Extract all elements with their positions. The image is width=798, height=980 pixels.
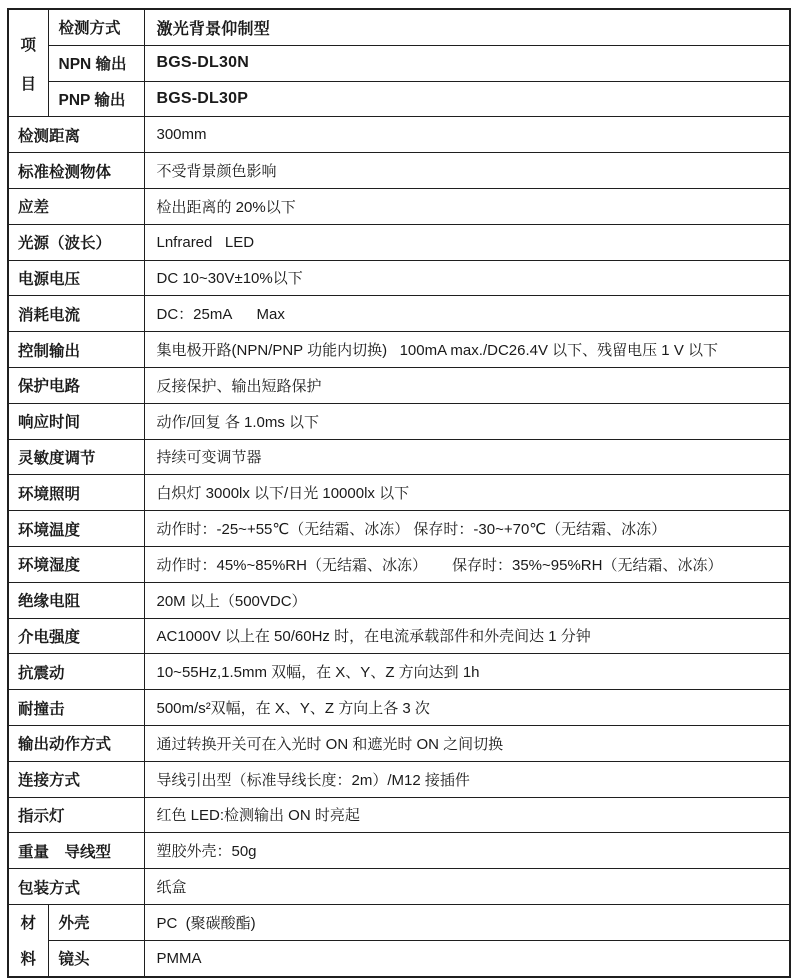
table-row: 消耗电流 DC：25mA Max <box>8 296 790 332</box>
spec-value: 10~55Hz,1.5mm 双幅，在 X、Y、Z 方向达到 1h <box>144 654 790 690</box>
spec-label: 重量 导线型 <box>8 833 144 869</box>
spec-label: 环境湿度 <box>8 546 144 582</box>
spec-value: PC (聚碳酸酯) <box>144 904 790 940</box>
table-row: 保护电路 反接保护、输出短路保护 <box>8 367 790 403</box>
spec-sheet: 项 目 检测方式 激光背景仰制型 NPN 输出 BGS-DL30N PNP 输出… <box>0 0 798 980</box>
spec-value: Lnfrared LED <box>144 224 790 260</box>
table-row: 环境照明 白炽灯 3000lx 以下/日光 10000lx 以下 <box>8 475 790 511</box>
table-row: 环境温度 动作时：-25~+55℃（无结霜、冰冻） 保存时：-30~+70℃（无… <box>8 511 790 547</box>
table-row: 材 料 外壳 PC (聚碳酸酯) <box>8 904 790 940</box>
table-row: 控制输出 集电极开路(NPN/PNP 功能内切换) 100mA max./DC2… <box>8 332 790 368</box>
spec-label: 包装方式 <box>8 869 144 905</box>
spec-value: BGS-DL30N <box>144 45 790 81</box>
spec-value: 纸盒 <box>144 869 790 905</box>
material-group-header-cell: 材 料 <box>8 904 48 976</box>
spec-label: PNP 输出 <box>48 81 144 117</box>
project-header-char: 项 <box>20 33 36 55</box>
spec-label: 外壳 <box>48 904 144 940</box>
spec-label: 标准检测物体 <box>8 153 144 189</box>
spec-label: 应差 <box>8 188 144 224</box>
table-row: 镜头 PMMA <box>8 940 790 976</box>
material-header-char: 料 <box>20 947 36 969</box>
table-row: 输出动作方式 通过转换开关可在入光时 ON 和遮光时 ON 之间切换 <box>8 725 790 761</box>
spec-value: 塑胶外壳：50g <box>144 833 790 869</box>
table-row: 标准检测物体 不受背景颜色影响 <box>8 153 790 189</box>
spec-value: DC 10~30V±10%以下 <box>144 260 790 296</box>
spec-value: 通过转换开关可在入光时 ON 和遮光时 ON 之间切换 <box>144 725 790 761</box>
table-row: 光源（波长） Lnfrared LED <box>8 224 790 260</box>
spec-label: 输出动作方式 <box>8 725 144 761</box>
material-header-char: 材 <box>20 911 36 933</box>
table-row: PNP 输出 BGS-DL30P <box>8 81 790 117</box>
spec-label: 环境温度 <box>8 511 144 547</box>
spec-label: 电源电压 <box>8 260 144 296</box>
spec-label: 灵敏度调节 <box>8 439 144 475</box>
spec-label: 连接方式 <box>8 761 144 797</box>
project-group-header: 项 目 <box>9 33 48 94</box>
spec-value: 20M 以上（500VDC） <box>144 582 790 618</box>
table-row: 包装方式 纸盒 <box>8 869 790 905</box>
table-row: 环境湿度 动作时：45%~85%RH（无结霜、冰冻） 保存时：35%~95%RH… <box>8 546 790 582</box>
table-row: 项 目 检测方式 激光背景仰制型 <box>8 9 790 45</box>
spec-table: 项 目 检测方式 激光背景仰制型 NPN 输出 BGS-DL30N PNP 输出… <box>7 8 791 978</box>
table-row: 响应时间 动作/回复 各 1.0ms 以下 <box>8 403 790 439</box>
spec-label: 光源（波长） <box>8 224 144 260</box>
table-row: 重量 导线型 塑胶外壳：50g <box>8 833 790 869</box>
spec-value: 导线引出型（标准导线长度：2m）/M12 接插件 <box>144 761 790 797</box>
table-row: 应差 检出距离的 20%以下 <box>8 188 790 224</box>
spec-value: 激光背景仰制型 <box>144 9 790 45</box>
table-row: 绝缘电阻 20M 以上（500VDC） <box>8 582 790 618</box>
spec-value: PMMA <box>144 940 790 976</box>
table-row: 耐撞击 500m/s²双幅，在 X、Y、Z 方向上各 3 次 <box>8 690 790 726</box>
spec-value: 检出距离的 20%以下 <box>144 188 790 224</box>
spec-label: 消耗电流 <box>8 296 144 332</box>
spec-label: 响应时间 <box>8 403 144 439</box>
spec-label: 介电强度 <box>8 618 144 654</box>
spec-label: 检测方式 <box>48 9 144 45</box>
spec-label: 镜头 <box>48 940 144 976</box>
spec-value: 白炽灯 3000lx 以下/日光 10000lx 以下 <box>144 475 790 511</box>
table-row: NPN 输出 BGS-DL30N <box>8 45 790 81</box>
spec-value: AC1000V 以上在 50/60Hz 时，在电流承载部件和外壳间达 1 分钟 <box>144 618 790 654</box>
spec-value: DC：25mA Max <box>144 296 790 332</box>
table-row: 介电强度 AC1000V 以上在 50/60Hz 时，在电流承载部件和外壳间达 … <box>8 618 790 654</box>
spec-value: 300mm <box>144 117 790 153</box>
spec-label: 抗震动 <box>8 654 144 690</box>
table-row: 连接方式 导线引出型（标准导线长度：2m）/M12 接插件 <box>8 761 790 797</box>
spec-value: 反接保护、输出短路保护 <box>144 367 790 403</box>
spec-value: 500m/s²双幅，在 X、Y、Z 方向上各 3 次 <box>144 690 790 726</box>
spec-label: 绝缘电阻 <box>8 582 144 618</box>
spec-value: 动作/回复 各 1.0ms 以下 <box>144 403 790 439</box>
project-group-header-cell: 项 目 <box>8 9 48 117</box>
table-row: 电源电压 DC 10~30V±10%以下 <box>8 260 790 296</box>
spec-value: 不受背景颜色影响 <box>144 153 790 189</box>
table-row: 抗震动 10~55Hz,1.5mm 双幅，在 X、Y、Z 方向达到 1h <box>8 654 790 690</box>
spec-label: 耐撞击 <box>8 690 144 726</box>
table-row: 指示灯 红色 LED:检测输出 ON 时亮起 <box>8 797 790 833</box>
spec-value: 红色 LED:检测输出 ON 时亮起 <box>144 797 790 833</box>
material-group-header: 材 料 <box>9 911 48 969</box>
spec-label: 保护电路 <box>8 367 144 403</box>
spec-label: 指示灯 <box>8 797 144 833</box>
spec-label: 控制输出 <box>8 332 144 368</box>
spec-value: 持续可变调节器 <box>144 439 790 475</box>
spec-value: 集电极开路(NPN/PNP 功能内切换) 100mA max./DC26.4V … <box>144 332 790 368</box>
spec-value: 动作时：-25~+55℃（无结霜、冰冻） 保存时：-30~+70℃（无结霜、冰冻… <box>144 511 790 547</box>
spec-label: 环境照明 <box>8 475 144 511</box>
table-row: 灵敏度调节 持续可变调节器 <box>8 439 790 475</box>
spec-value: BGS-DL30P <box>144 81 790 117</box>
project-header-char: 目 <box>20 72 36 94</box>
spec-value: 动作时：45%~85%RH（无结霜、冰冻） 保存时：35%~95%RH（无结霜、… <box>144 546 790 582</box>
spec-label: NPN 输出 <box>48 45 144 81</box>
spec-label: 检测距离 <box>8 117 144 153</box>
table-row: 检测距离 300mm <box>8 117 790 153</box>
